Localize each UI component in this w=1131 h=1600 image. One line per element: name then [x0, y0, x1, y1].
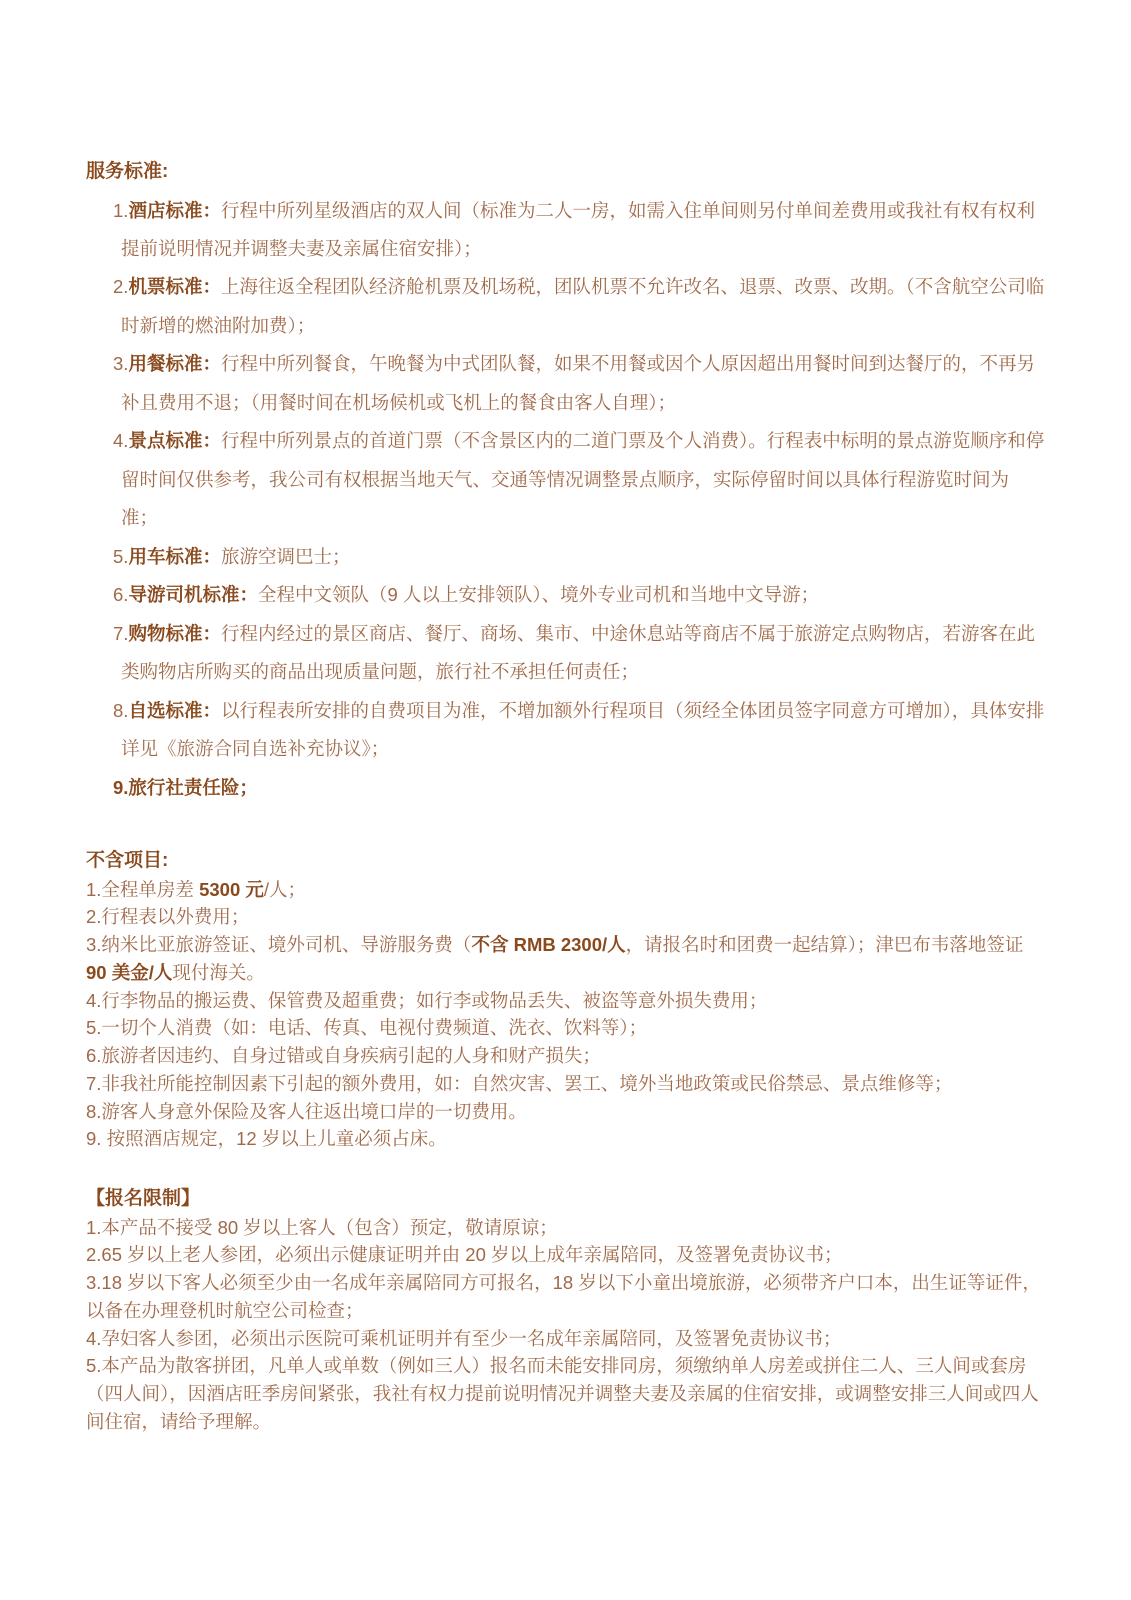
excluded-items-heading: 不含项目:	[86, 847, 1045, 876]
paragraph: 2.65 岁以上老人参团，必须出示健康证明并由 20 岁以上成年亲属陪同，及签署…	[86, 1241, 1045, 1269]
bold-text-run: 机票标准：	[128, 276, 221, 297]
text-run: 8.游客人身意外保险及客人往返出境口岸的一切费用。	[86, 1101, 527, 1122]
text-run: ，请报名时和团费一起结算）；津巴布韦落地签证	[626, 934, 1024, 955]
paragraph: 5.一切个人消费（如：电话、传真、电视付费频道、洗衣、饮料等）；	[86, 1014, 1045, 1042]
bold-text-run: 购物标准：	[128, 623, 221, 644]
text-run: 7.非我社所能控制因素下引起的额外费用，如：自然灾害、罢工、境外当地政策或民俗禁…	[86, 1073, 952, 1094]
paragraph: 9.旅行社责任险；	[86, 769, 1045, 807]
text-run: 3.18 岁以下客人必须至少由一名成年亲属陪同方可报名，18 岁以下小童出境旅游…	[86, 1272, 1041, 1321]
bold-text-run: 用车标准：	[128, 546, 221, 567]
paragraph: 7.非我社所能控制因素下引起的额外费用，如：自然灾害、罢工、境外当地政策或民俗禁…	[86, 1070, 1045, 1098]
text-run: 6.旅游者因违约、自身过错或自身疾病引起的人身和财产损失；	[86, 1045, 601, 1066]
text-run: 4.行李物品的搬运费、保管费及超重费；如行李或物品丢失、被盗等意外损失费用；	[86, 990, 767, 1011]
document-page: 服务标准:1.酒店标准：行程中所列星级酒店的双人间（标准为二人一房，如需入住单间…	[0, 0, 1131, 1600]
paragraph: 4.行李物品的搬运费、保管费及超重费；如行李或物品丢失、被盗等意外损失费用；	[86, 987, 1045, 1015]
text-run: 行程中所列餐食，午晚餐为中式团队餐，如果不用餐或因个人原因超出用餐时间到达餐厅的…	[121, 353, 1035, 412]
text-run: 5.	[113, 546, 128, 567]
text-run: 8.	[113, 700, 128, 721]
text-run: 行程中所列景点的首道门票（不含景区内的二道门票及个人消费）。行程表中标明的景点游…	[121, 430, 1044, 528]
section-excluded-items: 不含项目:1.全程单房差 5300 元/人；2.行程表以外费用；3.纳米比亚旅游…	[86, 847, 1045, 1153]
paragraph: 8.游客人身意外保险及客人往返出境口岸的一切费用。	[86, 1098, 1045, 1126]
paragraph: 4.孕妇客人参团，必须出示医院可乘机证明并有至少一名成年亲属陪同，及签署免责协议…	[86, 1325, 1045, 1353]
paragraph: 1.全程单房差 5300 元/人；	[86, 876, 1045, 904]
text-run: 2.65 岁以上老人参团，必须出示健康证明并由 20 岁以上成年亲属陪同，及签署…	[86, 1244, 843, 1265]
paragraph: 3.18 岁以下客人必须至少由一名成年亲属陪同方可报名，18 岁以下小童出境旅游…	[86, 1269, 1045, 1325]
bold-text-run: 5300 元	[199, 879, 264, 900]
text-run: /人；	[264, 879, 306, 900]
bold-text-run: 用餐标准：	[128, 353, 221, 374]
paragraph: 4.景点标准：行程中所列景点的首道门票（不含景区内的二道门票及个人消费）。行程表…	[86, 422, 1045, 537]
text-run: 旅游空调巴士；	[221, 546, 351, 567]
text-run: 2.	[113, 276, 128, 297]
text-run: 上海往返全程团队经济舱机票及机场税，团队机票不允许改名、退票、改票、改期。（不含…	[121, 276, 1044, 335]
paragraph: 2.机票标准：上海往返全程团队经济舱机票及机场税，团队机票不允许改名、退票、改票…	[86, 268, 1045, 345]
paragraph: 1.本产品不接受 80 岁以上客人（包含）预定，敬请原谅；	[86, 1214, 1045, 1242]
text-run: 1.	[113, 200, 128, 221]
paragraph: 7.购物标准：行程内经过的景区商店、餐厅、商场、集市、中途休息站等商店不属于旅游…	[86, 615, 1045, 692]
paragraph: 1.酒店标准：行程中所列星级酒店的双人间（标准为二人一房，如需入住单间则另付单间…	[86, 192, 1045, 269]
text-run: 4.	[113, 430, 128, 451]
text-run: 以行程表所安排的自费项目为准，不增加额外行程项目（须经全体团员签字同意方可增加）…	[121, 700, 1044, 759]
section-service-standards: 服务标准:1.酒店标准：行程中所列星级酒店的双人间（标准为二人一房，如需入住单间…	[86, 152, 1045, 807]
bold-text-run: 景点标准：	[128, 430, 221, 451]
bold-text-run: 不含 RMB 2300/人	[471, 934, 625, 955]
text-run: 1.全程单房差	[86, 879, 199, 900]
text-run: 行程中所列星级酒店的双人间（标准为二人一房，如需入住单间则另付单间差费用或我社有…	[121, 200, 1035, 259]
bold-text-run: 90 美金/人	[86, 962, 172, 983]
bold-text-run: 自选标准：	[128, 700, 221, 721]
paragraph: 9. 按照酒店规定，12 岁以上儿童必须占床。	[86, 1125, 1045, 1153]
bold-text-run: 酒店标准：	[128, 200, 221, 221]
service-standards-heading: 服务标准:	[86, 152, 1045, 192]
paragraph: 5.用车标准：旅游空调巴士；	[86, 538, 1045, 576]
section-registration-limits: 【报名限制】1.本产品不接受 80 岁以上客人（包含）预定，敬请原谅；2.65 …	[86, 1185, 1045, 1436]
paragraph: 3.纳米比亚旅游签证、境外司机、导游服务费（不含 RMB 2300/人，请报名时…	[86, 931, 1045, 987]
text-run: 3.纳米比亚旅游签证、境外司机、导游服务费（	[86, 934, 471, 955]
text-run: 6.	[113, 584, 128, 605]
bold-text-run: 导游司机标准：	[128, 584, 258, 605]
text-run: 9. 按照酒店规定，12 岁以上儿童必须占床。	[86, 1128, 447, 1149]
text-run: 1.本产品不接受 80 岁以上客人（包含）预定，敬请原谅；	[86, 1217, 558, 1238]
text-run: 现付海关。	[172, 962, 265, 983]
text-run: 4.孕妇客人参团，必须出示医院可乘机证明并有至少一名成年亲属陪同，及签署免责协议…	[86, 1328, 841, 1349]
paragraph: 2.行程表以外费用；	[86, 903, 1045, 931]
paragraph: 6.旅游者因违约、自身过错或自身疾病引起的人身和财产损失；	[86, 1042, 1045, 1070]
paragraph: 5.本产品为散客拼团，凡单人或单数（例如三人）报名而未能安排同房，须缴纳单人房差…	[86, 1352, 1045, 1435]
text-run: 2.行程表以外费用；	[86, 906, 249, 927]
text-run: 5.一切个人消费（如：电话、传真、电视付费频道、洗衣、饮料等）；	[86, 1017, 647, 1038]
bold-text-run: 9.旅行社责任险；	[113, 777, 258, 798]
paragraph: 3.用餐标准：行程中所列餐食，午晚餐为中式团队餐，如果不用餐或因个人原因超出用餐…	[86, 345, 1045, 422]
text-run: 3.	[113, 353, 128, 374]
paragraph: 8.自选标准：以行程表所安排的自费项目为准，不增加额外行程项目（须经全体团员签字…	[86, 692, 1045, 769]
registration-limits-heading: 【报名限制】	[86, 1185, 1045, 1214]
text-run: 5.本产品为散客拼团，凡单人或单数（例如三人）报名而未能安排同房，须缴纳单人房差…	[86, 1355, 1039, 1432]
text-run: 7.	[113, 623, 128, 644]
text-run: 行程内经过的景区商店、餐厅、商场、集市、中途休息站等商店不属于旅游定点购物店，若…	[121, 623, 1035, 682]
paragraph: 6.导游司机标准：全程中文领队（9 人以上安排领队）、境外专业司机和当地中文导游…	[86, 576, 1045, 614]
text-run: 全程中文领队（9 人以上安排领队）、境外专业司机和当地中文导游；	[258, 584, 819, 605]
